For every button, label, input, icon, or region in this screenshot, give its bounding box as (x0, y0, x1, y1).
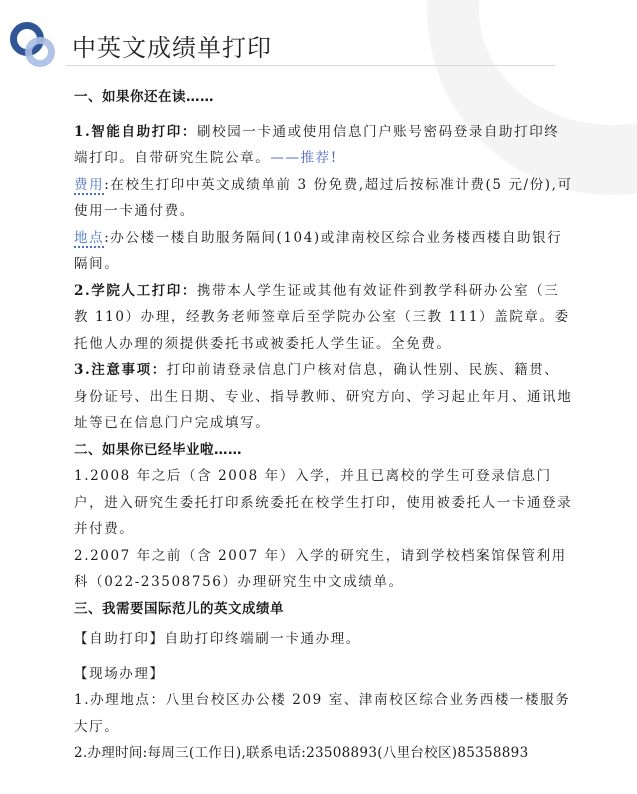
fee-link[interactable]: 费用 (74, 177, 104, 195)
graduated-item-2: 2.2007 年之前（含 2007 年）入学的研究生，请到学校档案馆保管利用科（… (74, 543, 574, 596)
section-heading-graduated: 二、如果你已经毕业啦…… (74, 437, 574, 464)
section-heading-english: 三、我需要国际范儿的英文成绩单 (74, 596, 574, 623)
location-info: 地点:办公楼一楼自助服务隔间(104)或津南校区综合业务楼西楼自助银行隔间。 (74, 225, 574, 278)
item-label: 3.注意事项： (74, 362, 167, 378)
item-smart-self-print: 1.智能自助打印：刷校园一卡通或使用信息门户账号密码登录自助打印终端打印。自带研… (74, 119, 574, 172)
item-label: 2.学院人工打印： (74, 283, 197, 299)
self-service-line: 【自助打印】自助打印终端刷一卡通办理。 (74, 626, 574, 653)
fee-info: 费用:在校生打印中英文成绩单前 3 份免费,超过后按标准计费(5 元/份),可使… (74, 172, 574, 225)
item-notes: 3.注意事项：打印前请登录信息门户核对信息，确认性别、民族、籍贯、身份证号、出生… (74, 357, 574, 437)
onsite-item-2: 2.办理时间:每周三(工作日),联系电话:23508893(八里台校区)8535… (74, 740, 574, 767)
section-heading-enrolled: 一、如果你还在读…… (74, 84, 574, 111)
item-college-manual-print: 2.学院人工打印：携带本人学生证或其他有效证件到教学科研办公室（三教 110）办… (74, 278, 574, 358)
location-link[interactable]: 地点 (74, 230, 104, 248)
location-text: :办公楼一楼自助服务隔间(104)或津南校区综合业务楼西楼自助银行隔间。 (74, 230, 562, 273)
double-ring-logo-icon (10, 22, 58, 70)
page-title: 中英文成绩单打印 (72, 28, 272, 63)
onsite-item-1: 1.办理地点：八里台校区办公楼 209 室、津南校区综合业务西楼一楼服务大厅。 (74, 687, 574, 740)
title-divider (66, 65, 555, 66)
fee-text: :在校生打印中英文成绩单前 3 份免费,超过后按标准计费(5 元/份),可使用一… (74, 177, 573, 220)
document-body: 一、如果你还在读…… 1.智能自助打印：刷校园一卡通或使用信息门户账号密码登录自… (74, 84, 574, 767)
self-service-text: 自助打印终端刷一卡通办理。 (165, 631, 361, 647)
self-service-label: 【自助打印】 (74, 631, 165, 647)
item-label: 1.智能自助打印： (74, 124, 197, 140)
onsite-label: 【现场办理】 (74, 661, 574, 688)
graduated-item-1: 1.2008 年之后（含 2008 年）入学，并且已离校的学生可登录信息门户，进… (74, 463, 574, 543)
light-ring-icon (25, 37, 55, 67)
recommend-text: ——推荐! (270, 150, 337, 166)
